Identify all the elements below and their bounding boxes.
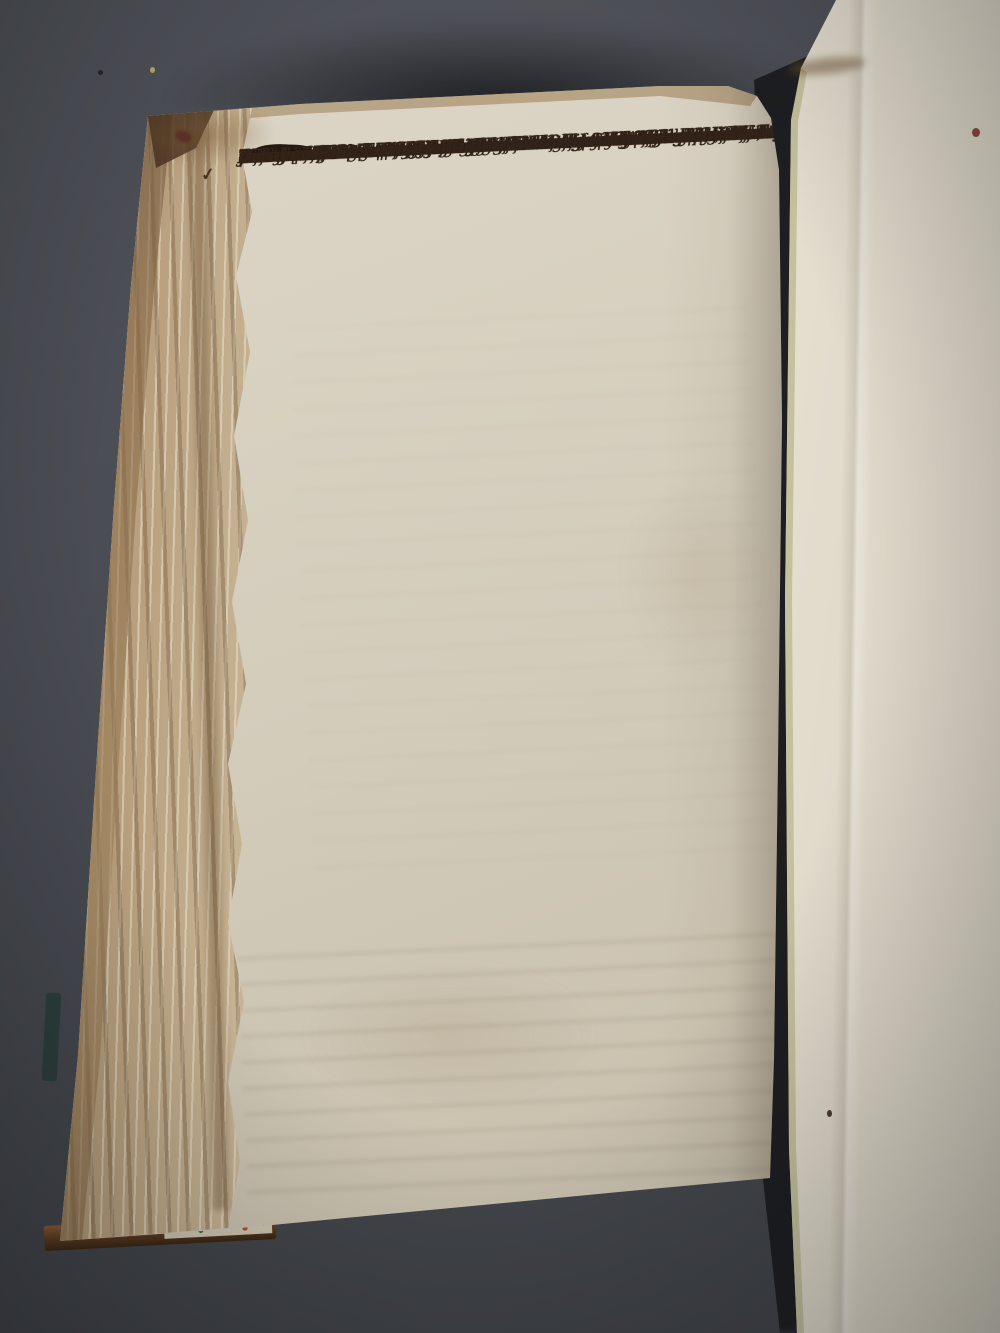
check-mark: ✓ bbox=[200, 164, 217, 186]
dark-speck bbox=[827, 1110, 832, 1117]
dust-speck bbox=[150, 67, 155, 73]
dust-speck bbox=[98, 70, 103, 75]
marbled-paper-glimpse bbox=[42, 993, 62, 1082]
bleed-through-text bbox=[288, 290, 773, 870]
red-speck bbox=[972, 128, 980, 137]
bleed-through-text bbox=[236, 918, 788, 1210]
manuscript-text: One Nevill a papist being discovered at … bbox=[238, 118, 837, 146]
photo-backdrop: ✓ One Nevill a papist being discovered a… bbox=[0, 0, 1000, 1333]
